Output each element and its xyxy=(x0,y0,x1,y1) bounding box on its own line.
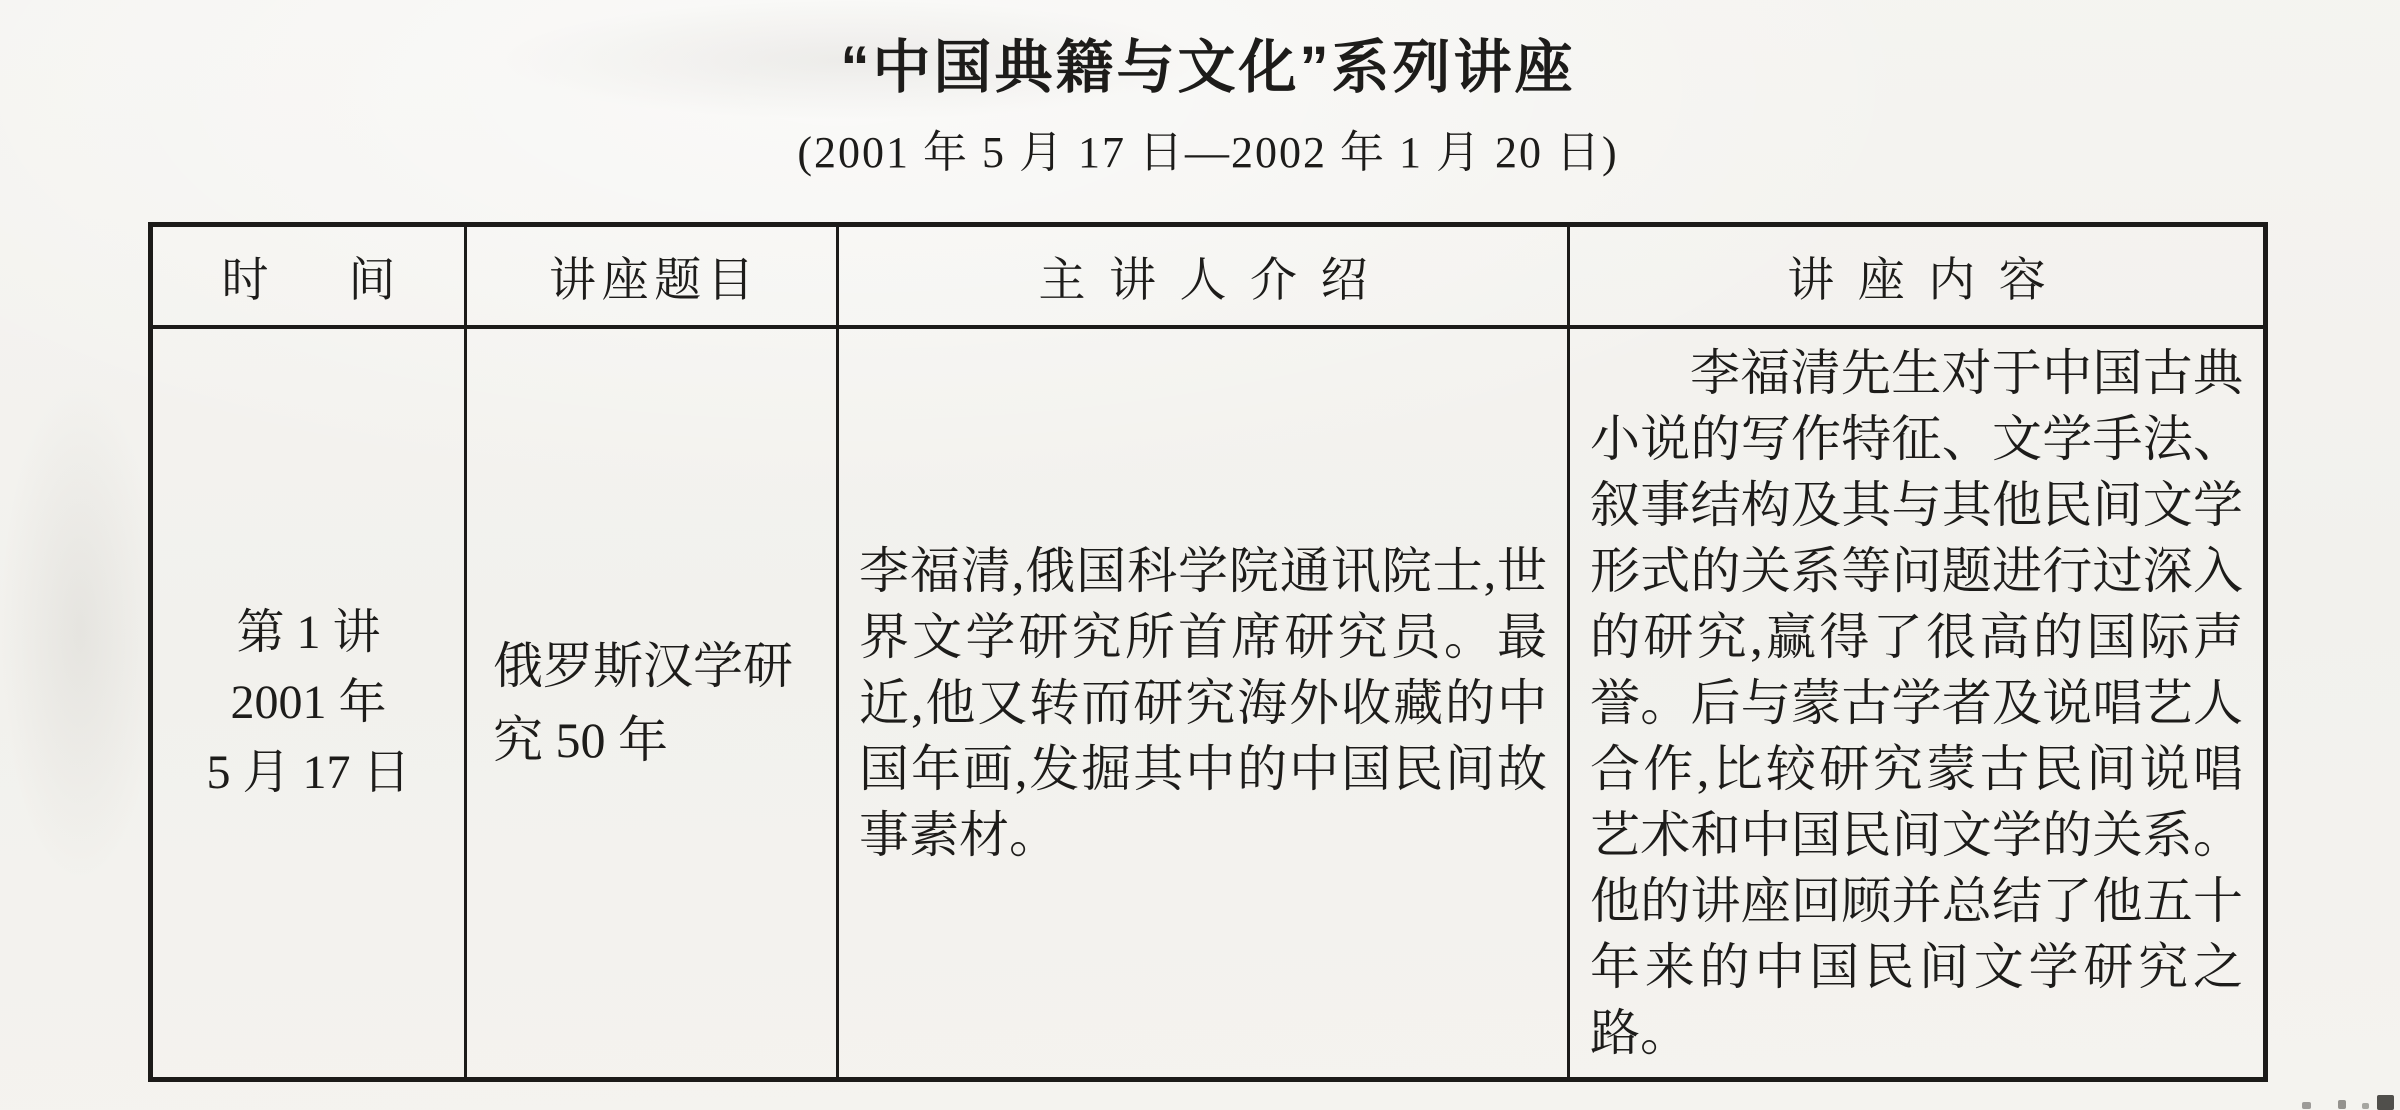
cell-speaker-intro: 李福清,俄国科学院通讯院士,世界文学研究所首席研究员。最近,他又转而研究海外收藏… xyxy=(839,329,1570,1077)
scan-artifact-dot xyxy=(2362,1103,2369,1109)
lecture-date-year: 2001 年 xyxy=(230,668,386,738)
speaker-intro-text: 李福清,俄国科学院通讯院士,世界文学研究所首席研究员。最近,他又转而研究海外收藏… xyxy=(859,538,1547,868)
column-header-time-label: 时间 xyxy=(222,243,467,310)
cell-time: 第 1 讲 2001 年 5 月 17 日 xyxy=(153,329,467,1077)
lecture-number: 第 1 讲 xyxy=(236,598,380,668)
column-header-content: 讲座内容 xyxy=(1570,227,2263,329)
column-header-speaker-label: 主讲人介绍 xyxy=(1039,243,1392,310)
column-header-topic: 讲座题目 xyxy=(467,227,839,329)
column-header-content-label: 讲座内容 xyxy=(1787,243,2069,310)
lecture-date-day: 5 月 17 日 xyxy=(206,738,410,808)
cell-lecture-content: 李福清先生对于中国古典小说的写作特征、文学手法、叙事结构及其与其他民间文学形式的… xyxy=(1570,329,2263,1077)
scan-artifact-dot xyxy=(2338,1100,2346,1109)
page-title: “中国典籍与文化”系列讲座 xyxy=(148,20,2268,104)
scan-artifact-dot xyxy=(2302,1102,2311,1109)
page-subtitle-date-range: (2001 年 5 月 17 日—2002 年 1 月 20 日) xyxy=(148,116,2268,180)
scan-artifact-blob xyxy=(2377,1095,2394,1110)
cell-topic: 俄罗斯汉学研究 50 年 xyxy=(467,329,839,1077)
lecture-table: 时间 讲座题目 主讲人介绍 讲座内容 第 1 讲 2001 年 5 月 17 日… xyxy=(148,222,2268,1082)
paper-smudge xyxy=(0,380,160,880)
lecture-content-text: 李福清先生对于中国古典小说的写作特征、文学手法、叙事结构及其与其他民间文学形式的… xyxy=(1590,340,2243,1066)
column-header-time: 时间 xyxy=(153,227,467,329)
scanned-document-page: “中国典籍与文化”系列讲座 (2001 年 5 月 17 日—2002 年 1 … xyxy=(0,0,2400,1110)
column-header-speaker: 主讲人介绍 xyxy=(839,227,1570,329)
lecture-topic-text: 俄罗斯汉学研究 50 年 xyxy=(493,629,810,777)
column-header-topic-label: 讲座题目 xyxy=(549,243,760,310)
